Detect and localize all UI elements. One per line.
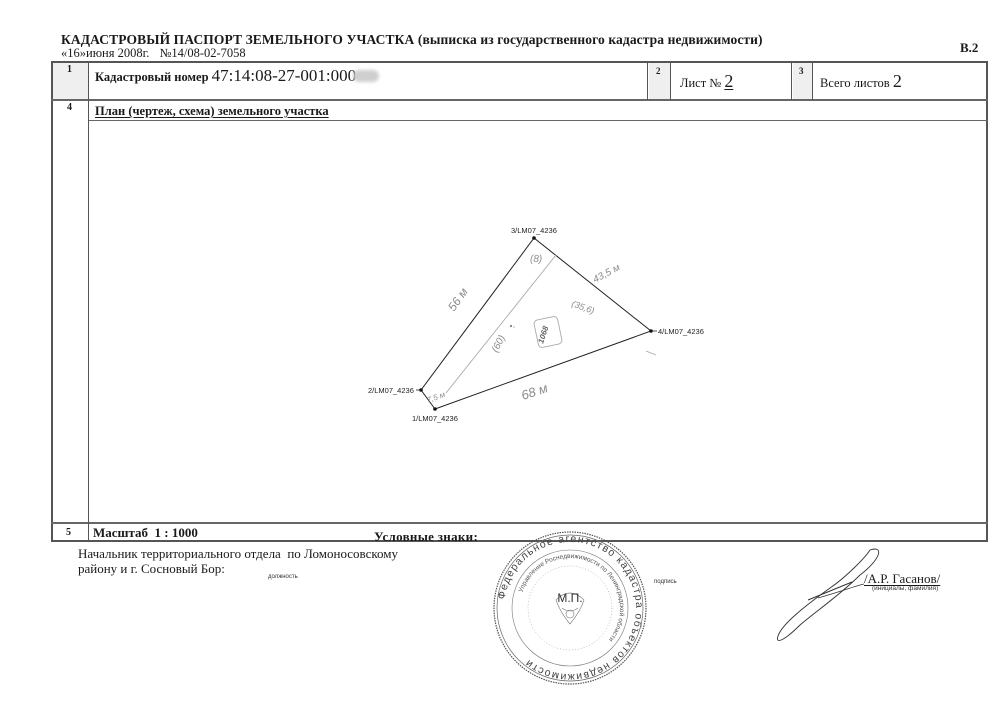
- point-label-2: 2/LM07_4236: [368, 386, 414, 395]
- handwritten-side-1-4: 68 м: [519, 380, 549, 403]
- cell-number-5: 5: [66, 527, 71, 538]
- signer-name-caption: (инициалы, фамилия): [872, 585, 938, 592]
- pencil-inner-line: [446, 255, 556, 393]
- handwritten-area: 1068: [536, 324, 550, 344]
- signer-position: Начальник территориального отдела по Лом…: [78, 546, 398, 576]
- signer-position-line2: району и г. Сосновый Бор:: [78, 561, 398, 576]
- handwritten-side-1-2: 7,5 м: [426, 390, 447, 405]
- handwritten-top-mark: (8): [530, 254, 542, 265]
- position-caption: должность: [268, 574, 298, 580]
- handwritten-inner-line: (60): [490, 334, 508, 355]
- signer-position-line1: Начальник территориального отдела по Лом…: [78, 546, 398, 561]
- handwritten-right-mark: (35,6): [570, 298, 596, 315]
- handwritten-signature: [760, 540, 890, 650]
- point-label-1: 1/LM07_4236: [412, 414, 458, 423]
- handwritten-side-2-3: 56 м: [445, 285, 471, 313]
- point-label-4: 4/LM07_4236: [658, 327, 704, 336]
- scale-label: Масштаб 1 : 1000: [93, 525, 198, 541]
- legend-label: Условные знаки:: [374, 529, 478, 545]
- stamp-center-text: М.П.: [557, 591, 582, 605]
- signature-caption: подпись: [654, 579, 677, 585]
- official-stamp: Федеральное агентство кадастра объектов …: [490, 528, 650, 688]
- handwritten-side-3-4: 43,5 м: [591, 262, 622, 285]
- point-label-3: 3/LM07_4236: [511, 226, 557, 235]
